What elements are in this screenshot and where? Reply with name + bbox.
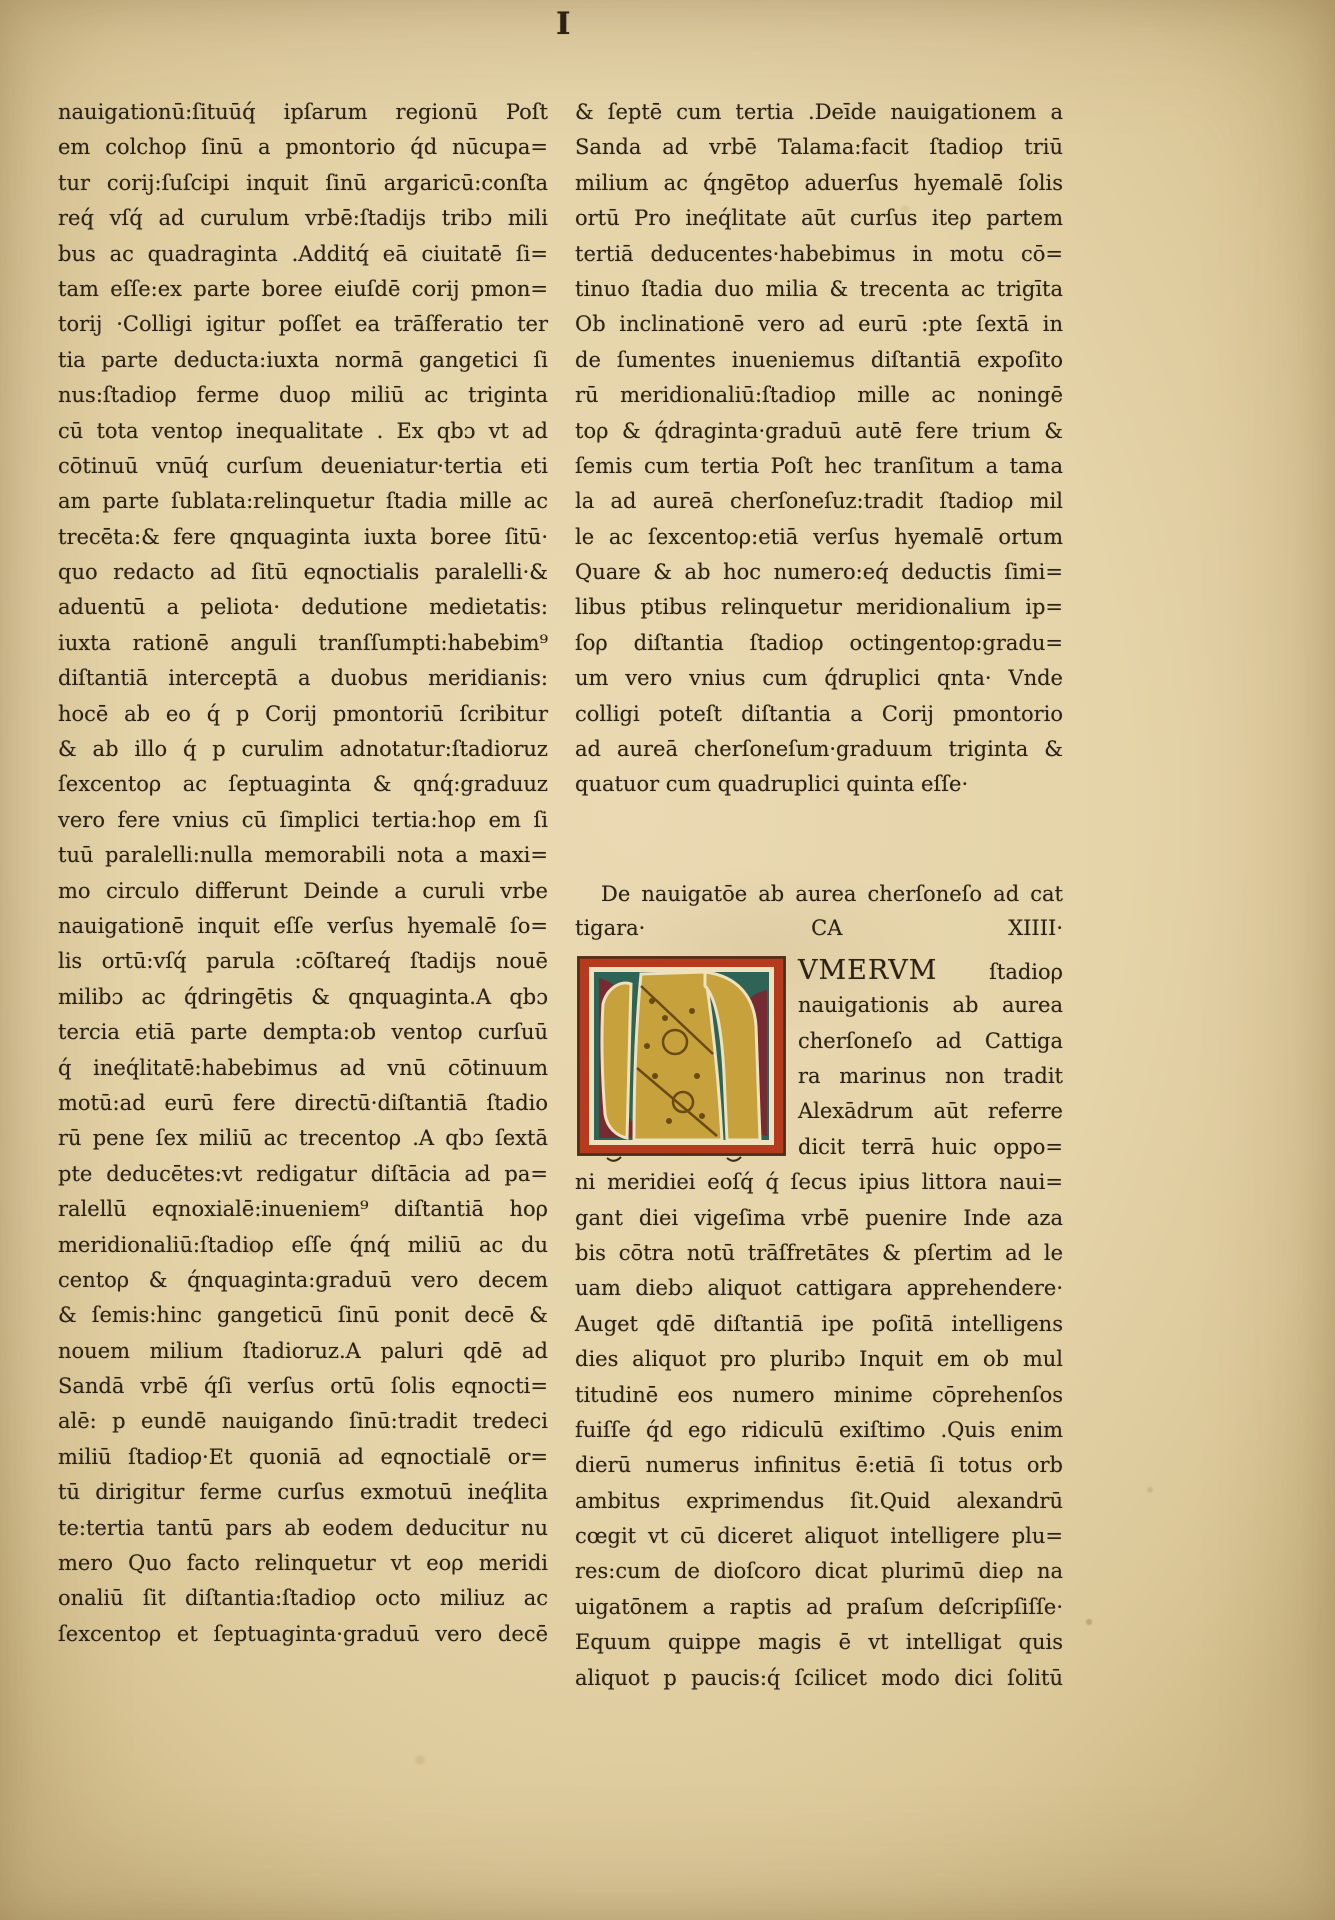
chapter-first-line-rest: ſtadioρ [937, 960, 1063, 984]
text-line: nus:ſtadioρ ferme duoρ miliū ac triginta [58, 378, 548, 413]
initial-left-hook [602, 983, 631, 1138]
text-line: gant diei vigeſima vrbē puenire Inde aza [575, 1201, 1063, 1236]
text-line: le ac ſexcentoρ:etiā verſus hyemalē ortu… [575, 520, 1063, 555]
text-line: motū:ad eurū fere directū·diſtantiā ſtad… [58, 1086, 548, 1121]
text-line: tuū paralelli:nulla memorabili nota a ma… [58, 838, 548, 873]
chapter-number-roman: XIIII· [1008, 911, 1063, 945]
text-line: milibɔ ac q́dringētis & qnquaginta.A qbɔ [58, 980, 548, 1015]
text-line: Equum quippe magis ē vt intelligat quis [575, 1625, 1063, 1660]
text-line: tū dirigitur ferme curſus exmotuū ineq́l… [58, 1475, 548, 1510]
text-line: mero Quo facto relinquetur vt eoρ meridi [58, 1546, 548, 1581]
text-line: libus ptibus relinquetur meridionalium i… [575, 590, 1063, 625]
text-line: quo redacto ad ſitū eqnoctialis paralell… [58, 555, 548, 590]
text-line: ambitus exprimendus ſit.Quid alexandrū [575, 1484, 1063, 1519]
text-line: miliū ſtadioρ·Et quoniā ad eqnoctialē or… [58, 1440, 548, 1475]
text-line: tam eſſe:ex parte boree eiuſdē corij pmo… [58, 272, 548, 307]
text-line: & ſemis:hinc gangeticū ſinū ponit decē & [58, 1298, 548, 1333]
text-line: trecēta:& fere qnquaginta iuxta boree ſi… [58, 520, 548, 555]
text-line: colligi poteſt diſtantia a Corij pmontor… [575, 697, 1063, 732]
text-line: nouem milium ſtadioruz.A paluri qdē ad [58, 1334, 548, 1369]
text-line: & ab illo q́ p curulim adnotatur:ſtadior… [58, 732, 548, 767]
text-line: Auget qdē diſtantiā ipe poſitā intellige… [575, 1307, 1063, 1342]
text-line: nauigationū:ſituūq́ ipſarum regionū Poſt [58, 95, 548, 130]
text-line: ſemis cum tertia Poſt hec tranſitum a ta… [575, 449, 1063, 484]
folio-number: I [556, 6, 572, 42]
text-line: cōtinuū vnūq́ curſum deueniatur·tertia e… [58, 449, 548, 484]
text-line: dierū numerus infinitus ē:etiā ſi totus … [575, 1448, 1063, 1483]
text-line: ni meridiei eoſq́ q́ ſecus ipius littora… [575, 1165, 1063, 1200]
text-line: mo circulo differunt Deinde a curuli vrb… [58, 874, 548, 909]
text-line: te:tertia tantū pars ab eodem deducitur … [58, 1511, 548, 1546]
text-line: bis cōtra notū trāſfretātes & pſertim ad… [575, 1236, 1063, 1271]
text-line: ortū Pro ineq́litate aūt curſus iteρ par… [575, 201, 1063, 236]
right-paragraph-lines: & ſeptē cum tertia .Deīde nauigationem a… [575, 95, 1063, 767]
right-text-column: & ſeptē cum tertia .Deīde nauigationem a… [575, 95, 1063, 1696]
text-line: la ad aureā cherſoneſuz:tradit ſtadioρ m… [575, 484, 1063, 519]
text-line: tur corij:ſuſcipi inquit ſinū argaricū:c… [58, 166, 548, 201]
text-line: aduentū a peliota· dedutione medietatis: [58, 590, 548, 625]
left-text-column: nauigationū:ſituūq́ ipſarum regionū Poſt… [58, 95, 548, 1652]
text-line: cœgit vt cū diceret aliquot intelligere … [575, 1519, 1063, 1554]
chapter-heading: De nauigatōe ab aurea cherſoneſo ad cat … [575, 877, 1063, 945]
text-line: lis ortū:vſq́ parula :cōſtareq́ ſtadijs … [58, 944, 548, 979]
left-column-lines: nauigationū:ſituūq́ ipſarum regionū Poſt… [58, 95, 548, 1652]
text-line: tinuo ſtadia duo milia & trecenta ac tri… [575, 272, 1063, 307]
text-line: meridionaliū:ſtadioρ eſſe q́nq́ miliū ac… [58, 1228, 548, 1263]
text-line: tia parte deducta:iuxta normā gangetici … [58, 343, 548, 378]
text-line: req́ vſq́ ad curulum vrbē:ſtadijs tribɔ … [58, 201, 548, 236]
text-line: res:cum de dioſcoro dicat plurimū dieρ n… [575, 1554, 1063, 1589]
text-line: milium ac q́ngētoρ aduerſus hyemalē ſoli… [575, 166, 1063, 201]
chapter-paragraph: VMERVM ſtadioρ nauigationis ab aureacher… [575, 953, 1063, 1696]
text-line: titudinē eos numero minime cōprehenſos [575, 1378, 1063, 1413]
text-line: tercia etiā parte dempta:ob ventoρ curſu… [58, 1015, 548, 1050]
text-line: Sanda ad vrbē Talama:facit ſtadioρ triū [575, 130, 1063, 165]
chapter-heading-line2: tigara· CA XIIII· [575, 911, 1063, 945]
right-paragraph-last-line: quatuor cum quadruplici quinta eſſe· [575, 767, 1063, 802]
text-line: rū pene ſex miliū ac trecentoρ .A qbɔ ſe… [58, 1121, 548, 1156]
text-line: vero fere vnius cū ſimplici tertia:hoρ e… [58, 803, 548, 838]
text-line: ſoρ diſtantia ſtadioρ octingentoρ:gradu= [575, 626, 1063, 661]
text-line: ad aureā cherſoneſum·graduum triginta & [575, 732, 1063, 767]
text-line: ſexcentoρ ac ſeptuaginta & qnq́:graduuz [58, 767, 548, 802]
text-line: uam diebɔ aliquot cattigara apprehendere… [575, 1271, 1063, 1306]
text-line: fuiſſe q́d ego ridiculū exiſtimo .Quis e… [575, 1413, 1063, 1448]
text-line: diſtantiā interceptā a duobus meridianis… [58, 661, 548, 696]
chapter-full-lines: ni meridiei eoſq́ q́ ſecus ipius littora… [575, 1165, 1063, 1696]
text-line: pte deducētes:vt redigatur diſtācia ad p… [58, 1157, 548, 1192]
text-line: centoρ & q́nquaginta:graduū vero decem [58, 1263, 548, 1298]
text-line: q́ ineq́litatē:habebimus ad vnū cōtinuum [58, 1051, 548, 1086]
text-line: em colchoρ ſinū a pmontorio q́d nūcupa= [58, 130, 548, 165]
text-line: Quare & ab hoc numero:eq́ deductis ſimi= [575, 555, 1063, 590]
text-line: toρ & q́draginta·graduū autē fere trium … [575, 414, 1063, 449]
text-line: Ob inclinationē vero ad eurū :pte ſextā … [575, 307, 1063, 342]
text-line: torij ·Colligi igitur poſſet ea trāſfera… [58, 307, 548, 342]
chapter-incipit-word: VMERVM [798, 955, 937, 986]
text-line: dies aliquot pro pluribɔ Inquit em ob mu… [575, 1342, 1063, 1377]
initial-central-stroke [634, 972, 722, 1140]
text-line: de ſumentes inueniemus diſtantiā expoſit… [575, 343, 1063, 378]
text-line: ſexcentoρ et ſeptuaginta·graduū vero dec… [58, 1617, 548, 1652]
text-line: ralellū eqnoxialē:inueniem⁹ diſtantiā ho… [58, 1192, 548, 1227]
text-line: iuxta rationē anguli tranſſumpti:habebim… [58, 626, 548, 661]
text-line: bus ac quadraginta .Additq́ eā ciuitatē … [58, 237, 548, 272]
text-line: nauigationē inquit eſſe verſus hyemalē ſ… [58, 909, 548, 944]
text-line: rū meridionaliū:ſtadioρ mille ac noningē [575, 378, 1063, 413]
text-line: hocē ab eo q́ p Corij pmontoriū ſcribitu… [58, 697, 548, 732]
chapter-heading-ca-label: CA [811, 911, 842, 945]
text-line: Sandā vrbē q́ſi verſus ortū ſolis eqnoct… [58, 1369, 548, 1404]
text-line: um vero vnius cum q́druplici qnta· Vnde [575, 661, 1063, 696]
illuminated-initial-n [577, 956, 786, 1162]
text-line: uigatōnem a raptis ad praſum deſcripſiſſ… [575, 1590, 1063, 1625]
text-line: cū tota ventoρ inequalitate . Ex qbɔ vt … [58, 414, 548, 449]
text-line: & ſeptē cum tertia .Deīde nauigationem a [575, 95, 1063, 130]
text-line: am parte ſublata:relinquetur ſtadia mill… [58, 484, 548, 519]
text-line: tertiā deducentes·habebimus in motu cō= [575, 237, 1063, 272]
chapter-heading-catchword: tigara· [575, 911, 645, 945]
right-column-paragraph: & ſeptē cum tertia .Deīde nauigationem a… [575, 95, 1063, 803]
text-line: onaliū ſit diſtantia:ſtadioρ octo miliuz… [58, 1581, 548, 1616]
text-line: alē: p eundē nauigando ſinū:tradit trede… [58, 1404, 548, 1439]
chapter-heading-line1: De nauigatōe ab aurea cherſoneſo ad cat [575, 877, 1063, 911]
text-line: aliquot p paucis:q́ ſcilicet modo dici ſ… [575, 1661, 1063, 1696]
